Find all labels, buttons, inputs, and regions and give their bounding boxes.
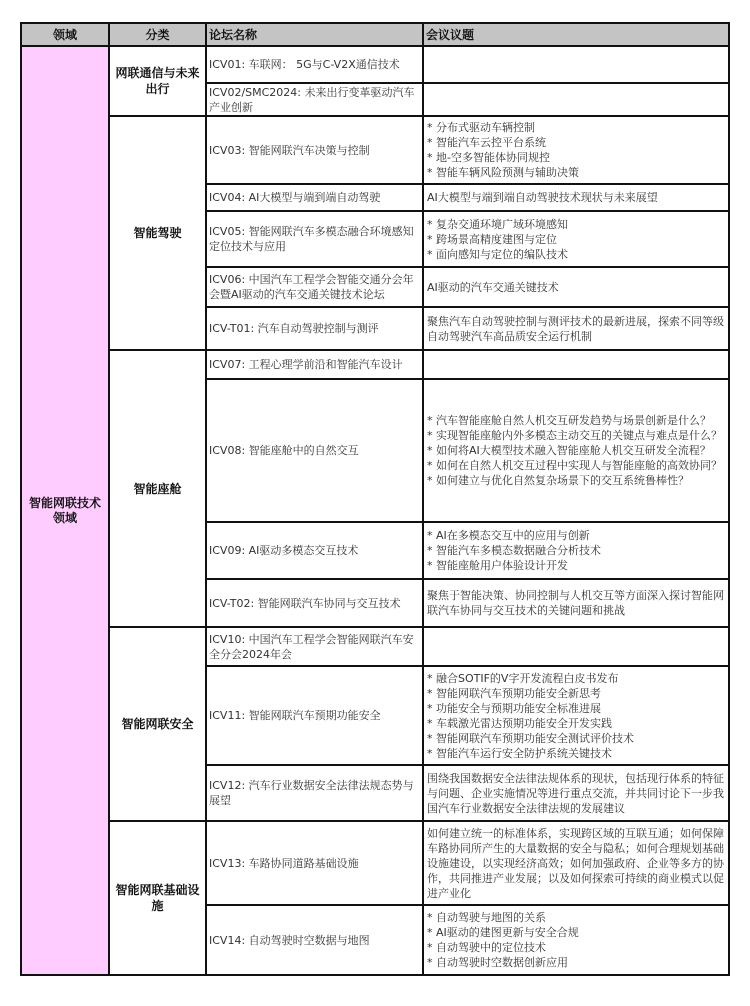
topic-item: * 地-空多智能体协同规控	[427, 150, 725, 165]
forum-name: ICV08: 智能座舱中的自然交互	[207, 380, 424, 523]
domain-cell: 智能网联技术领域	[22, 47, 110, 974]
topic-item: * AI驱动的建图更新与安全合规	[427, 925, 725, 940]
forum-name: ICV06: 中国汽车工程学会智能交通分会年会暨AI驱动的汽车交通关键技术论坛	[207, 268, 424, 308]
forum-name: ICV07: 工程心理学前沿和智能汽车设计	[207, 351, 424, 380]
topic-item: * 融合SOTIF的V字开发流程白皮书发布	[427, 671, 725, 686]
topic-item: * 分布式驱动车辆控制	[427, 120, 725, 135]
forum-topics: 聚焦汽车自动驾驶控制与测评技术的最新进展，探索不同等级自动驾驶汽车高品质安全运行…	[424, 308, 728, 351]
category-label: 智能座舱	[133, 481, 181, 497]
forum-name: ICV04: AI大模型与端到端自动驾驶	[207, 185, 424, 212]
forum-topics	[424, 47, 728, 84]
topic-item: 如何建立统一的标准体系，实现跨区域的互联互通；如何保障车路协同所产生的大量数据的…	[427, 826, 725, 901]
topic-item: * AI在多模态交互中的应用与创新	[427, 528, 725, 543]
topic-item: * 如何建立与优化自然复杂场景下的交互系统鲁棒性？	[427, 473, 725, 488]
topic-item: * 功能安全与预期功能安全标准进展	[427, 701, 725, 716]
forum-topics: * 汽车智能座舱自然人机交互研发趋势与场景创新是什么？ * 实现智能座舱内外多模…	[424, 380, 728, 523]
header-topics: 会议议题	[424, 24, 728, 47]
category-cell: 智能座舱	[110, 351, 207, 628]
topic-item: AI驱动的汽车交通关键技术	[427, 280, 559, 295]
topic-item: * 汽车智能座舱自然人机交互研发趋势与场景创新是什么？	[427, 413, 725, 428]
forum-name: ICV01: 车联网： 5G与C-V2X通信技术	[207, 47, 424, 84]
topic-item: * 智能汽车云控平台系统	[427, 135, 725, 150]
forum-topics: 围绕我国数据安全法律法规体系的现状，包括现行体系的特征与问题、企业实施情况等进行…	[424, 766, 728, 822]
forum-name: ICV-T02: 智能网联汽车协同与交互技术	[207, 580, 424, 628]
topic-item: * 自动驾驶中的定位技术	[427, 940, 725, 955]
category-label: 智能网联安全	[121, 716, 193, 732]
topic-item: * 智能汽车多模态数据融合分析技术	[427, 543, 725, 558]
forum-topics	[424, 628, 728, 667]
forum-name: ICV-T01: 汽车自动驾驶控制与测评	[207, 308, 424, 351]
category-cell: 智能网联基础设施	[110, 822, 207, 974]
category-cell: 智能网联安全	[110, 628, 207, 822]
topic-item: 围绕我国数据安全法律法规体系的现状，包括现行体系的特征与问题、企业实施情况等进行…	[427, 771, 725, 816]
header-forum: 论坛名称	[207, 24, 424, 47]
forum-topics	[424, 351, 728, 380]
topic-item: * 智能网联汽车预期功能安全测试评价技术	[427, 731, 725, 746]
forum-name: ICV05: 智能网联汽车多模态融合环境感知定位技术与应用	[207, 212, 424, 268]
topic-item: * 智能网联汽车预期功能安全新思考	[427, 686, 725, 701]
forum-name: ICV03: 智能网联汽车决策与控制	[207, 117, 424, 185]
topic-item: 聚焦于智能决策、协同控制与人机交互等方面深入探讨智能网联汽车协同与交互技术的关键…	[427, 588, 725, 618]
category-cell: 网联通信与未来出行	[110, 47, 207, 117]
forum-name: ICV09: AI驱动多模态交互技术	[207, 523, 424, 580]
forum-name: ICV02/SMC2024: 未来出行变革驱动汽车产业创新	[207, 84, 424, 117]
forum-topics: * 复杂交通环境广域环境感知 * 跨场景高精度建图与定位 * 面向感知与定位的编…	[424, 212, 728, 268]
forum-table: 领域 分类 论坛名称 会议议题 智能网联技术领域 网联通信与未来出行 智能驾驶 …	[20, 22, 730, 976]
topic-item: * 实现智能座舱内外多模态主动交互的关键点与难点是什么？	[427, 428, 725, 443]
header-domain: 领域	[22, 24, 110, 47]
topic-item: AI大模型与端到端自动驾驶技术现状与未来展望	[427, 190, 658, 205]
forum-topics: AI驱动的汽车交通关键技术	[424, 268, 728, 308]
topic-item: * 面向感知与定位的编队技术	[427, 247, 725, 262]
category-label: 智能网联基础设施	[113, 882, 202, 914]
topic-item: * 智能座舱用户体验设计开发	[427, 558, 725, 573]
category-label: 网联通信与未来出行	[113, 65, 202, 97]
category-cell: 智能驾驶	[110, 117, 207, 351]
topic-item: * 智能汽车运行安全防护系统关键技术	[427, 746, 725, 761]
domain-label: 智能网联技术领域	[26, 496, 104, 526]
forum-name: ICV13: 车路协同道路基础设施	[207, 822, 424, 906]
topic-item: * 跨场景高精度建图与定位	[427, 232, 725, 247]
header-category: 分类	[110, 24, 207, 47]
forum-topics: * 自动驾驶与地图的关系 * AI驱动的建图更新与安全合规 * 自动驾驶中的定位…	[424, 906, 728, 974]
topic-item: 聚焦汽车自动驾驶控制与测评技术的最新进展，探索不同等级自动驾驶汽车高品质安全运行…	[427, 314, 725, 344]
topic-item: * 如何在自然人机交互过程中实现人与智能座舱的高效协同？	[427, 458, 725, 473]
forum-name: ICV10: 中国汽车工程学会智能网联汽车安全分会2024年会	[207, 628, 424, 667]
topic-item: * 自动驾驶时空数据创新应用	[427, 955, 725, 970]
category-label: 智能驾驶	[133, 225, 181, 241]
forum-topics: * AI在多模态交互中的应用与创新 * 智能汽车多模态数据融合分析技术 * 智能…	[424, 523, 728, 580]
forum-topics: AI大模型与端到端自动驾驶技术现状与未来展望	[424, 185, 728, 212]
topic-item: * 复杂交通环境广域环境感知	[427, 217, 725, 232]
forum-name: ICV14: 自动驾驶时空数据与地图	[207, 906, 424, 974]
forum-topics: * 融合SOTIF的V字开发流程白皮书发布 * 智能网联汽车预期功能安全新思考 …	[424, 667, 728, 766]
forum-topics: 聚焦于智能决策、协同控制与人机交互等方面深入探讨智能网联汽车协同与交互技术的关键…	[424, 580, 728, 628]
forum-name: ICV11: 智能网联汽车预期功能安全	[207, 667, 424, 766]
forum-topics: 如何建立统一的标准体系，实现跨区域的互联互通；如何保障车路协同所产生的大量数据的…	[424, 822, 728, 906]
forum-name: ICV12: 汽车行业数据安全法律法规态势与展望	[207, 766, 424, 822]
forum-topics	[424, 84, 728, 117]
forum-topics: * 分布式驱动车辆控制 * 智能汽车云控平台系统 * 地-空多智能体协同规控 *…	[424, 117, 728, 185]
topic-item: * 智能车辆风险预测与辅助决策	[427, 165, 725, 180]
topic-item: * 如何将AI大模型技术融入智能座舱人机交互研发全流程？	[427, 443, 725, 458]
topic-item: * 车载激光雷达预期功能安全开发实践	[427, 716, 725, 731]
topic-item: * 自动驾驶与地图的关系	[427, 910, 725, 925]
